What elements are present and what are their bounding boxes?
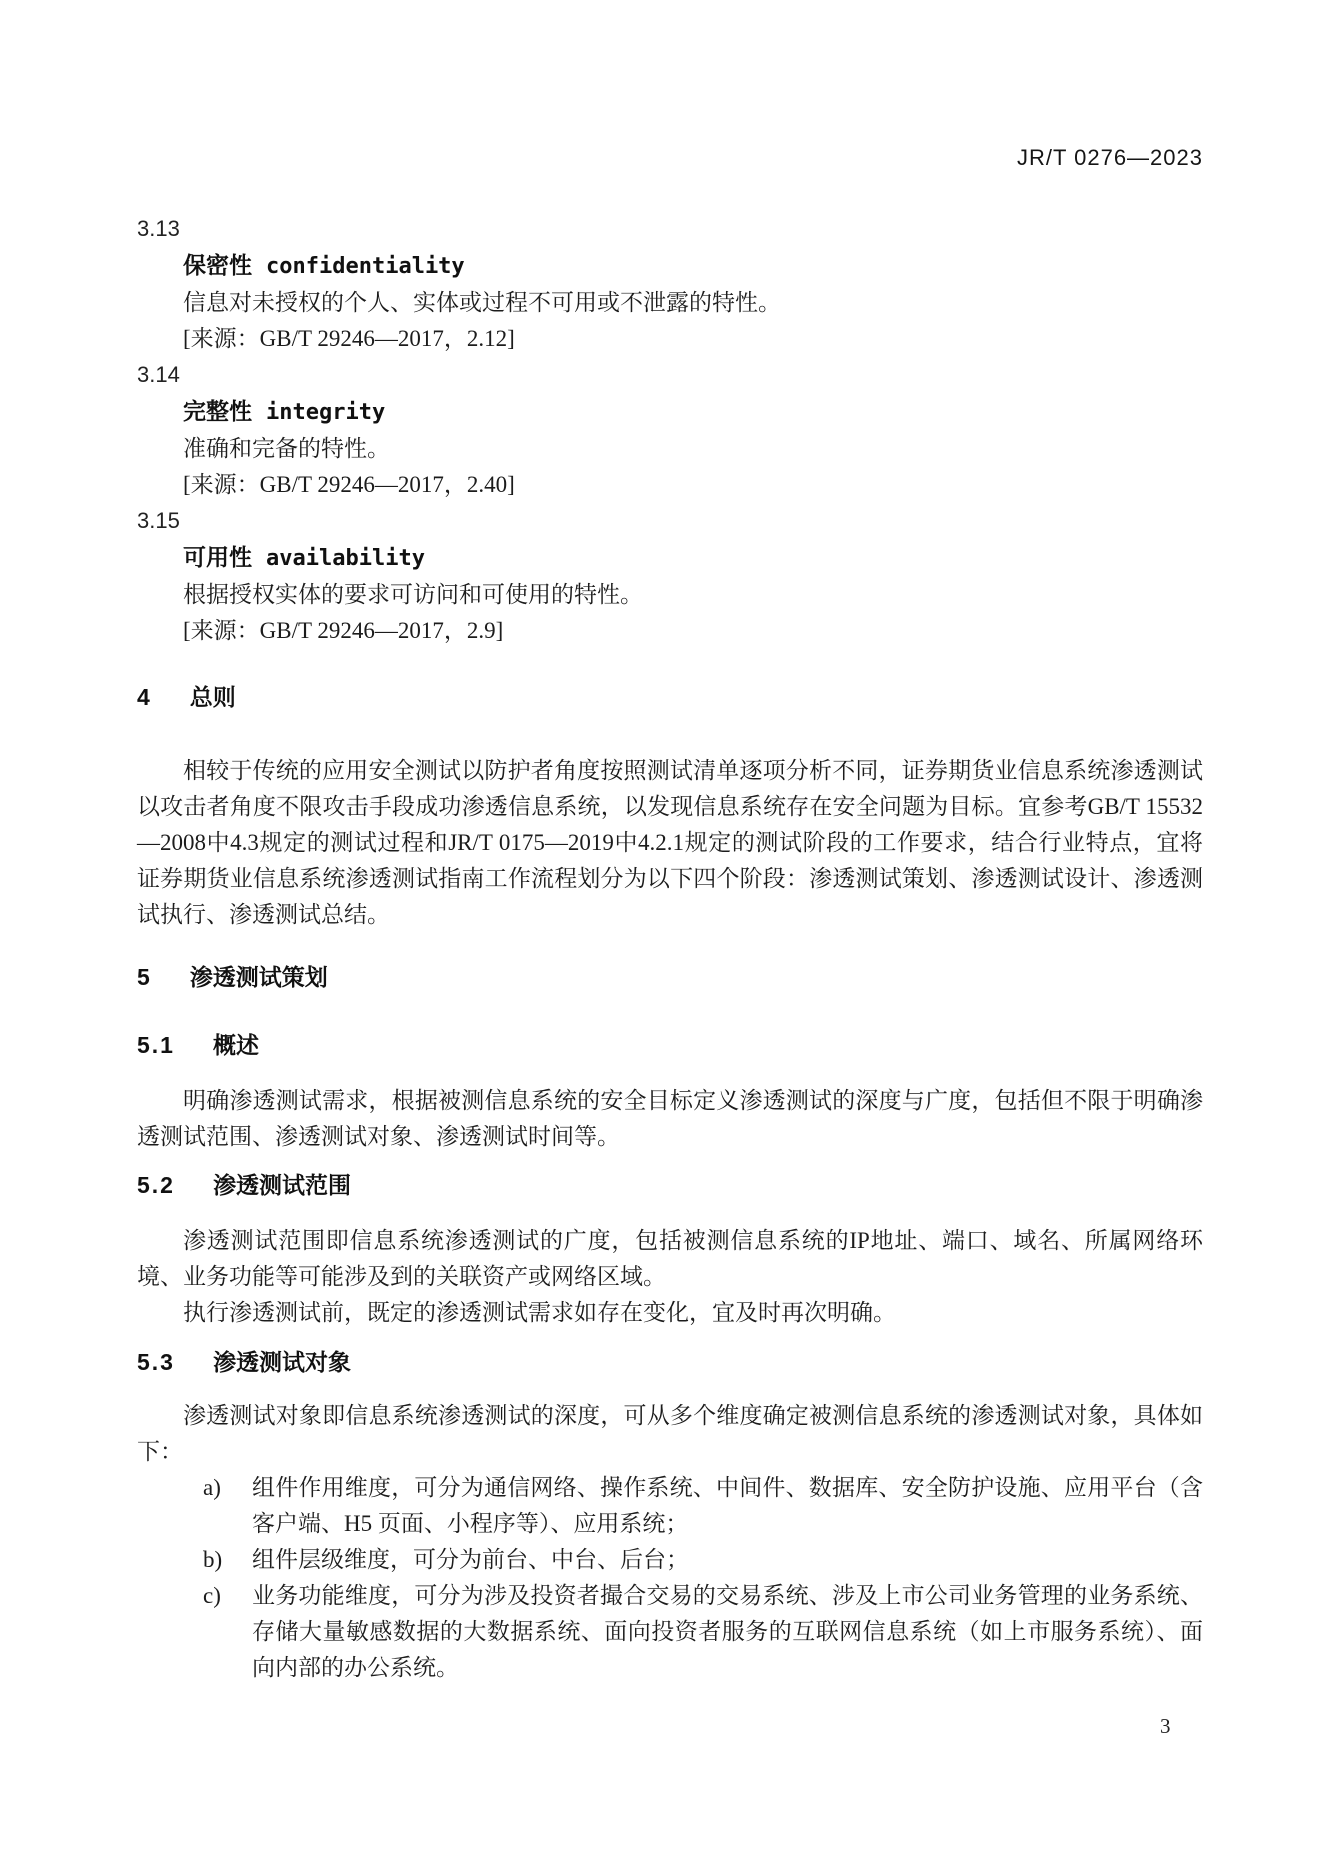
term-title-en: confidentiality [266, 254, 465, 279]
page-header: JR/T 0276—2023 [137, 143, 1203, 173]
document-content: JR/T 0276—2023 3.13 保密性confidentiality 信… [137, 0, 1203, 1686]
term-title: 完整性integrity [183, 393, 1203, 431]
term-title: 可用性availability [183, 539, 1203, 577]
term-definition: 准确和完备的特性。 [183, 431, 1203, 467]
list-marker: b) [203, 1542, 252, 1578]
list-text: 组件作用维度，可分为通信网络、操作系统、中间件、数据库、安全防护设施、应用平台（… [252, 1470, 1203, 1542]
section-title: 概述 [213, 1032, 259, 1058]
section-5-3-paragraph: 渗透测试对象即信息系统渗透测试的深度，可从多个维度确定被测信息系统的渗透测试对象… [137, 1398, 1203, 1470]
list-item-b: b) 组件层级维度，可分为前台、中台、后台； [203, 1542, 1203, 1578]
dimension-list: a) 组件作用维度，可分为通信网络、操作系统、中间件、数据库、安全防护设施、应用… [137, 1470, 1203, 1686]
term-block-3-14: 3.14 完整性integrity 准确和完备的特性。 [来源：GB/T 292… [137, 357, 1203, 503]
section-4-paragraph: 相较于传统的应用安全测试以防护者角度按照测试清单逐项分析不同，证券期货业信息系统… [137, 753, 1203, 933]
term-title: 保密性confidentiality [183, 247, 1203, 285]
term-number: 3.13 [137, 211, 1203, 247]
section-4-heading: 4总则 [137, 679, 1203, 715]
list-item-c: c) 业务功能维度，可分为涉及投资者撮合交易的交易系统、涉及上市公司业务管理的业… [203, 1578, 1203, 1686]
term-source: [来源：GB/T 29246—2017，2.40] [183, 467, 1203, 503]
document-page: JR/T 0276—2023 3.13 保密性confidentiality 信… [0, 0, 1323, 1871]
term-title-zh: 可用性 [183, 544, 252, 570]
list-text: 组件层级维度，可分为前台、中台、后台； [252, 1542, 1203, 1578]
section-5-1-paragraph: 明确渗透测试需求，根据被测信息系统的安全目标定义渗透测试的深度与广度，包括但不限… [137, 1083, 1203, 1155]
section-5-3-heading: 5.3渗透测试对象 [137, 1344, 1203, 1380]
list-marker: c) [203, 1578, 252, 1686]
term-number: 3.14 [137, 357, 1203, 393]
term-block-3-15: 3.15 可用性availability 根据授权实体的要求可访问和可使用的特性… [137, 503, 1203, 649]
page-number: 3 [1160, 1714, 1171, 1739]
term-source: [来源：GB/T 29246—2017，2.9] [183, 613, 1203, 649]
section-5-2-paragraph-2: 执行渗透测试前，既定的渗透测试需求如存在变化，宜及时再次明确。 [137, 1295, 1203, 1331]
term-title-zh: 保密性 [183, 252, 252, 278]
section-title: 渗透测试策划 [190, 964, 328, 990]
section-title: 渗透测试范围 [213, 1172, 351, 1198]
section-5-1-heading: 5.1概述 [137, 1027, 1203, 1063]
term-definition: 信息对未授权的个人、实体或过程不可用或不泄露的特性。 [183, 285, 1203, 321]
list-item-a: a) 组件作用维度，可分为通信网络、操作系统、中间件、数据库、安全防护设施、应用… [203, 1470, 1203, 1542]
term-source: [来源：GB/T 29246—2017，2.12] [183, 321, 1203, 357]
list-marker: a) [203, 1470, 252, 1542]
term-block-3-13: 3.13 保密性confidentiality 信息对未授权的个人、实体或过程不… [137, 211, 1203, 357]
section-title: 渗透测试对象 [213, 1349, 351, 1375]
section-number: 5.3 [137, 1344, 175, 1380]
section-title: 总则 [190, 684, 236, 710]
term-title-en: integrity [266, 400, 385, 425]
term-title-zh: 完整性 [183, 398, 252, 424]
terms-section: 3.13 保密性confidentiality 信息对未授权的个人、实体或过程不… [137, 211, 1203, 649]
doc-number: JR/T 0276—2023 [1017, 145, 1203, 170]
list-text: 业务功能维度，可分为涉及投资者撮合交易的交易系统、涉及上市公司业务管理的业务系统… [252, 1578, 1203, 1686]
section-5-2-heading: 5.2渗透测试范围 [137, 1167, 1203, 1203]
section-5-2-paragraph-1: 渗透测试范围即信息系统渗透测试的广度，包括被测信息系统的IP地址、端口、域名、所… [137, 1223, 1203, 1295]
term-definition: 根据授权实体的要求可访问和可使用的特性。 [183, 577, 1203, 613]
term-title-en: availability [266, 546, 425, 571]
section-number: 5.2 [137, 1167, 175, 1203]
section-number: 5 [137, 959, 152, 995]
section-number: 4 [137, 679, 152, 715]
section-number: 5.1 [137, 1027, 175, 1063]
term-number: 3.15 [137, 503, 1203, 539]
section-5-heading: 5渗透测试策划 [137, 959, 1203, 995]
